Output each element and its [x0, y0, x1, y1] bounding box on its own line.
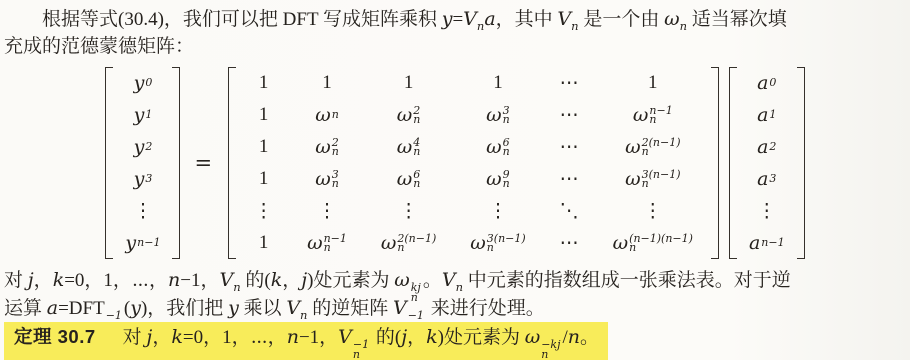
matrix-cell: a1	[757, 104, 776, 126]
matrix-cell: ω2n	[397, 104, 421, 126]
matrix-cell: 1	[404, 72, 414, 94]
left-bracket	[729, 67, 737, 259]
right-bracket	[172, 67, 180, 259]
matrix-cell: ω3(n−1)n	[625, 168, 680, 190]
y-vector-matrix: y0y1y2y3⋮yn−1	[105, 67, 180, 259]
vandermonde-matrix: 1111⋯11ωnω2nω3n⋯ωn−1n1ω2nω4nω6n⋯ω2(n−1)n…	[228, 67, 719, 259]
a-vector-matrix: a0a1a2a3⋮an−1	[729, 67, 805, 259]
y-vector-entries: y0y1y2y3⋮yn−1	[113, 67, 172, 259]
matrix-cell: ω2(n−1)n	[381, 232, 436, 254]
matrix-cell: ωn	[315, 104, 339, 126]
matrix-cell: ⋮	[643, 200, 662, 223]
left-bracket	[228, 67, 236, 259]
matrix-cell: ⋮	[254, 200, 273, 223]
right-bracket	[797, 67, 805, 259]
dft-matrix-equation: y0y1y2y3⋮yn−1 = 1111⋯11ωnω2nω3n⋯ωn−1n1ω2…	[0, 65, 910, 261]
document-page: 根据等式(30.4)，我们可以把 DFT 写成矩阵乘积 y=Vna，其中 Vn …	[0, 0, 910, 360]
matrix-cell: ω6n	[397, 168, 421, 190]
matrix-cell: 1	[493, 72, 503, 94]
matrix-cell: ω9n	[486, 168, 510, 190]
matrix-cell: ⋮	[317, 200, 336, 223]
equals-sign: =	[194, 151, 212, 175]
matrix-cell: ⋯	[560, 104, 579, 127]
matrix-cell: ω6n	[486, 136, 510, 158]
matrix-cell: ⋯	[560, 72, 579, 95]
matrix-cell: a3	[757, 168, 776, 190]
matrix-cell: ω3n	[486, 104, 510, 126]
matrix-cell: ⋮	[133, 200, 152, 223]
matrix-cell: ⋯	[560, 136, 579, 159]
matrix-cell: ⋮	[399, 200, 418, 223]
paragraph-intro: 根据等式(30.4)，我们可以把 DFT 写成矩阵乘积 y=Vna，其中 Vn …	[0, 5, 910, 61]
matrix-cell: ⋯	[560, 168, 579, 191]
matrix-cell: 1	[259, 72, 269, 94]
matrix-cell: y3	[134, 168, 153, 190]
matrix-cell: a2	[757, 136, 776, 158]
matrix-cell: 1	[648, 72, 658, 94]
matrix-cell: a0	[757, 72, 776, 94]
vandermonde-entries: 1111⋯11ωnω2nω3n⋯ωn−1n1ω2nω4nω6n⋯ω2(n−1)n…	[236, 67, 711, 259]
intro-line-2: 充成的范德蒙德矩阵：	[4, 33, 906, 61]
matrix-cell: ⋱	[560, 200, 579, 223]
matrix-cell: ωn−1n	[633, 104, 673, 126]
matrix-cell: 1	[259, 168, 269, 190]
inverse-line-1: 对 j，k=0，1，⋯，n−1，Vn 的(k，j)处元素为 ωkjn。Vn 中元…	[4, 266, 906, 294]
paragraph-inverse: 对 j，k=0，1，⋯，n−1，Vn 的(k，j)处元素为 ωkjn。Vn 中元…	[0, 266, 910, 322]
left-bracket	[105, 67, 113, 259]
matrix-cell: y2	[134, 136, 153, 158]
matrix-cell: ω3n	[315, 168, 339, 190]
a-vector-entries: a0a1a2a3⋮an−1	[737, 67, 797, 259]
matrix-cell: y1	[134, 104, 153, 126]
matrix-cell: 1	[259, 136, 269, 158]
matrix-cell: ⋮	[757, 200, 776, 223]
matrix-cell: y0	[134, 72, 153, 94]
matrix-cell: 1	[259, 104, 269, 126]
matrix-cell: 1	[322, 72, 332, 94]
matrix-cell: ω4n	[397, 136, 421, 158]
matrix-cell: 1	[259, 232, 269, 254]
matrix-cell: ω2(n−1)n	[625, 136, 680, 158]
matrix-cell: ωn−1n	[307, 232, 347, 254]
right-bracket	[711, 67, 719, 259]
matrix-cell: yn−1	[125, 232, 160, 254]
theorem-highlight: 定理 30.7 对 j，k=0，1，⋯，n−1，V−1n 的(j，k)处元素为 …	[4, 322, 608, 360]
matrix-cell: ω(n−1)(n−1)n	[613, 232, 693, 254]
inverse-line-2: 运算 a=DFT−1n(y)，我们把 y 乘以 Vn 的逆矩阵 V−1n 来进行…	[4, 294, 906, 322]
matrix-cell: an−1	[749, 232, 785, 254]
matrix-cell: ω3(n−1)n	[470, 232, 525, 254]
matrix-cell: ⋯	[560, 232, 579, 255]
matrix-cell: ⋮	[488, 200, 507, 223]
theorem-30-7: 定理 30.7 对 j，k=0，1，⋯，n−1，V−1n 的(j，k)处元素为 …	[0, 322, 910, 360]
intro-line-1: 根据等式(30.4)，我们可以把 DFT 写成矩阵乘积 y=Vna，其中 Vn …	[4, 5, 906, 33]
matrix-cell: ω2n	[315, 136, 339, 158]
